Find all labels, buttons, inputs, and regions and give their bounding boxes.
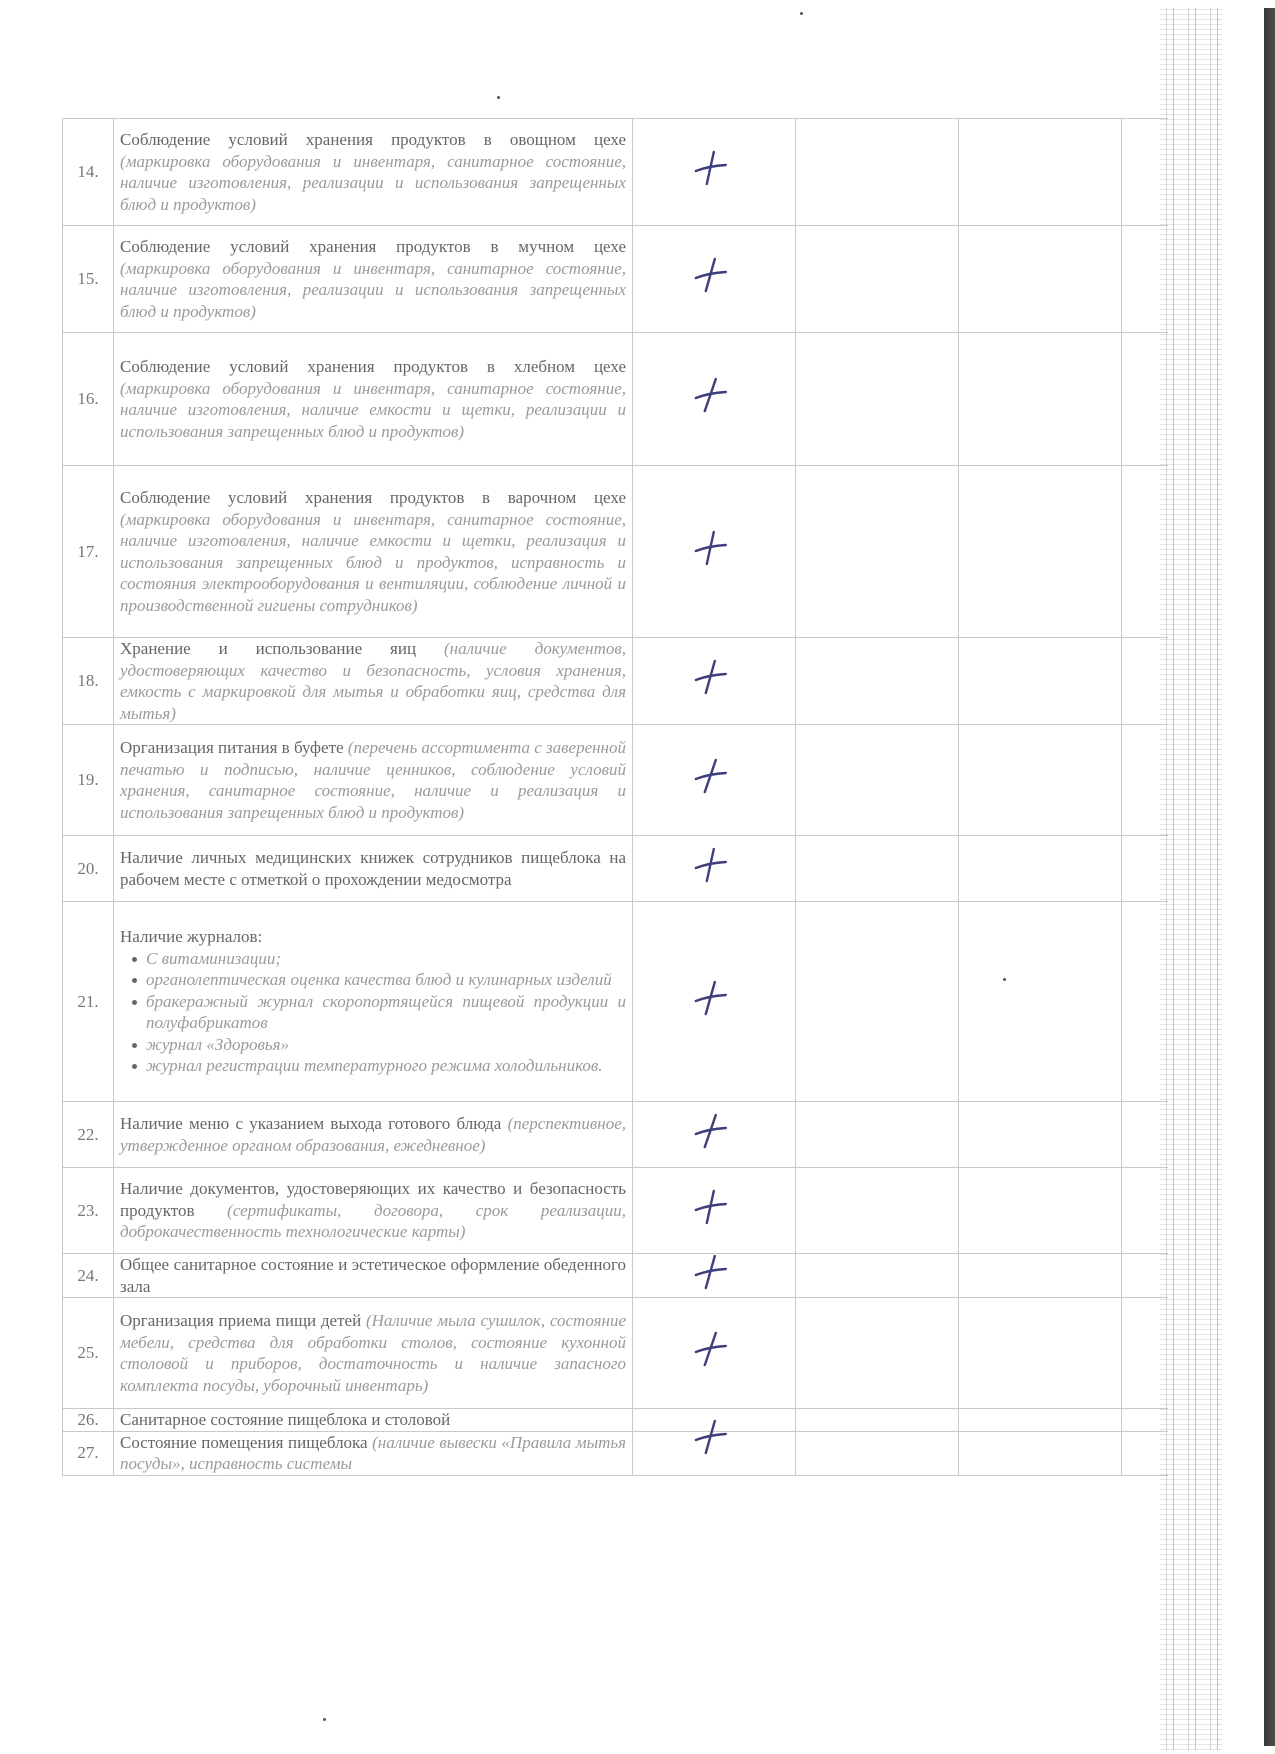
row-number: 18. [63,638,114,725]
row-description: Организация приема пищи детей (Наличие м… [114,1298,633,1409]
empty-cell [796,226,959,333]
checklist-table: 14. Соблюдение условий хранения продукто… [62,118,1168,1476]
mark-cell [633,1431,796,1475]
empty-cell [796,333,959,466]
mark-cell [633,226,796,333]
empty-cell [1122,725,1169,836]
row-title: Наличие меню с указанием выхода готового… [120,1114,501,1133]
empty-cell [796,836,959,902]
row-title: Организация питания в буфете [120,738,344,757]
empty-cell [796,1298,959,1409]
handwritten-plus-icon [691,148,731,188]
empty-cell [959,836,1122,902]
row-title: Соблюдение условий хранения продуктов в … [120,357,626,376]
journal-list-item: органолептическая оценка качества блюд и… [134,969,626,991]
row-description: Состояние помещения пищеблока (наличие в… [114,1431,633,1475]
handwritten-plus-icon [691,1329,731,1369]
row-description: Санитарное состояние пищеблока и столово… [114,1409,633,1432]
row-description: Соблюдение условий хранения продуктов в … [114,226,633,333]
row-note: (маркировка оборудования и инвентаря, са… [120,152,626,214]
handwritten-plus-icon [691,1111,731,1151]
row-note: (маркировка оборудования и инвентаря, са… [120,510,626,615]
row-title: Состояние помещения пищеблока [120,1433,368,1452]
journal-list-item: журнал регистрации температурного режима… [134,1055,626,1077]
mark-cell [633,1254,796,1298]
mark-cell [633,902,796,1102]
row-number: 17. [63,466,114,638]
empty-cell [796,638,959,725]
empty-cell [959,466,1122,638]
table-row: 21. Наличие журналов:С витаминизации;орг… [63,902,1169,1102]
row-number: 16. [63,333,114,466]
scanner-edge-shadow [1264,8,1275,1746]
empty-cell [796,119,959,226]
mark-cell [633,1168,796,1254]
empty-cell [959,638,1122,725]
row-description: Соблюдение условий хранения продуктов в … [114,119,633,226]
empty-cell [1122,1431,1169,1475]
scan-speck [323,1718,326,1721]
handwritten-plus-icon [691,657,731,697]
table-row: 27. Состояние помещения пищеблока (налич… [63,1431,1169,1475]
mark-cell [633,725,796,836]
empty-cell [959,725,1122,836]
row-description: Наличие меню с указанием выхода готового… [114,1102,633,1168]
row-description: Соблюдение условий хранения продуктов в … [114,466,633,638]
scan-speck [497,96,500,99]
empty-cell [959,902,1122,1102]
row-title: Хранение и использование яиц [120,639,416,658]
handwritten-plus-icon [691,1187,731,1227]
empty-cell [1122,1409,1169,1432]
table-row: 20. Наличие личных медицинских книжек со… [63,836,1169,902]
empty-cell [1122,1298,1169,1409]
empty-cell [1122,638,1169,725]
empty-cell [1122,226,1169,333]
empty-cell [796,1409,959,1432]
table-row: 26. Санитарное состояние пищеблока и сто… [63,1409,1169,1432]
empty-cell [1122,1102,1169,1168]
row-description: Общее санитарное состояние и эстетическо… [114,1254,633,1298]
empty-cell [1122,1254,1169,1298]
row-number: 24. [63,1254,114,1298]
table-row: 18. Хранение и использование яиц (наличи… [63,638,1169,725]
row-description: Хранение и использование яиц (наличие до… [114,638,633,725]
table-row: 24. Общее санитарное состояние и эстетич… [63,1254,1169,1298]
row-description: Наличие документов, удостоверяющих их ка… [114,1168,633,1254]
handwritten-plus-icon [691,528,731,568]
row-description: Организация питания в буфете (перечень а… [114,725,633,836]
row-note: (сертификаты, договора, срок реализации,… [120,1201,626,1242]
journal-list-item: журнал «Здоровья» [134,1034,626,1056]
empty-cell [796,902,959,1102]
mark-cell [633,119,796,226]
row-title: Соблюдение условий хранения продуктов в … [120,130,626,149]
journal-list: С витаминизации;органолептическая оценка… [120,948,626,1077]
row-title: Общее санитарное состояние и эстетическо… [120,1255,626,1296]
handwritten-plus-icon [691,375,731,415]
empty-cell [796,1168,959,1254]
row-number: 19. [63,725,114,836]
empty-cell [796,1254,959,1298]
row-title: Санитарное состояние пищеблока и столово… [120,1410,450,1429]
row-number: 26. [63,1409,114,1432]
row-number: 23. [63,1168,114,1254]
table-row: 25. Организация приема пищи детей (Налич… [63,1298,1169,1409]
handwritten-plus-icon [691,255,731,295]
table-row: 16. Соблюдение условий хранения продукто… [63,333,1169,466]
table-row: 17. Соблюдение условий хранения продукто… [63,466,1169,638]
handwritten-plus-icon [691,1252,731,1292]
mark-cell [633,638,796,725]
scanned-page: 14. Соблюдение условий хранения продукто… [0,0,1275,1754]
row-note: (маркировка оборудования и инвентаря, са… [120,259,626,321]
empty-cell [796,725,959,836]
table-row: 23. Наличие документов, удостоверяющих и… [63,1168,1169,1254]
scanner-noise-strip [1160,8,1222,1750]
mark-cell [633,333,796,466]
row-description: Соблюдение условий хранения продуктов в … [114,333,633,466]
table-row: 14. Соблюдение условий хранения продукто… [63,119,1169,226]
mark-cell [633,1298,796,1409]
row-note: (маркировка оборудования и инвентаря, са… [120,379,626,441]
handwritten-plus-icon [691,845,731,885]
row-number: 25. [63,1298,114,1409]
empty-cell [1122,466,1169,638]
empty-cell [959,1254,1122,1298]
row-description: Наличие журналов:С витаминизации;органол… [114,902,633,1102]
scan-speck [800,12,803,15]
empty-cell [959,333,1122,466]
empty-cell [1122,836,1169,902]
empty-cell [959,1431,1122,1475]
table-row: 22. Наличие меню с указанием выхода гото… [63,1102,1169,1168]
row-title: Организация приема пищи детей [120,1311,361,1330]
empty-cell [1122,333,1169,466]
table-row: 19. Организация питания в буфете (перече… [63,725,1169,836]
row-number: 22. [63,1102,114,1168]
empty-cell [1122,902,1169,1102]
row-title: Наличие журналов: [120,927,262,946]
journal-list-item: бракеражный журнал скоропортящейся пищев… [134,991,626,1034]
empty-cell [796,1102,959,1168]
empty-cell [959,226,1122,333]
row-number: 27. [63,1431,114,1475]
empty-cell [796,466,959,638]
handwritten-plus-icon [691,756,731,796]
empty-cell [959,1298,1122,1409]
row-title: Соблюдение условий хранения продуктов в … [120,237,626,256]
mark-cell [633,466,796,638]
empty-cell [1122,119,1169,226]
row-number: 14. [63,119,114,226]
empty-cell [959,119,1122,226]
empty-cell [959,1409,1122,1432]
empty-cell [1122,1168,1169,1254]
handwritten-plus-icon [691,1417,731,1457]
handwritten-plus-icon [691,978,731,1018]
empty-cell [796,1431,959,1475]
table-row: 15. Соблюдение условий хранения продукто… [63,226,1169,333]
empty-cell [959,1168,1122,1254]
empty-cell [959,1102,1122,1168]
row-description: Наличие личных медицинских книжек сотруд… [114,836,633,902]
journal-list-item: С витаминизации; [134,948,626,970]
row-title: Соблюдение условий хранения продуктов в … [120,488,626,507]
row-number: 20. [63,836,114,902]
row-number: 15. [63,226,114,333]
mark-cell [633,836,796,902]
row-number: 21. [63,902,114,1102]
row-title: Наличие личных медицинских книжек сотруд… [120,848,626,889]
mark-cell [633,1102,796,1168]
